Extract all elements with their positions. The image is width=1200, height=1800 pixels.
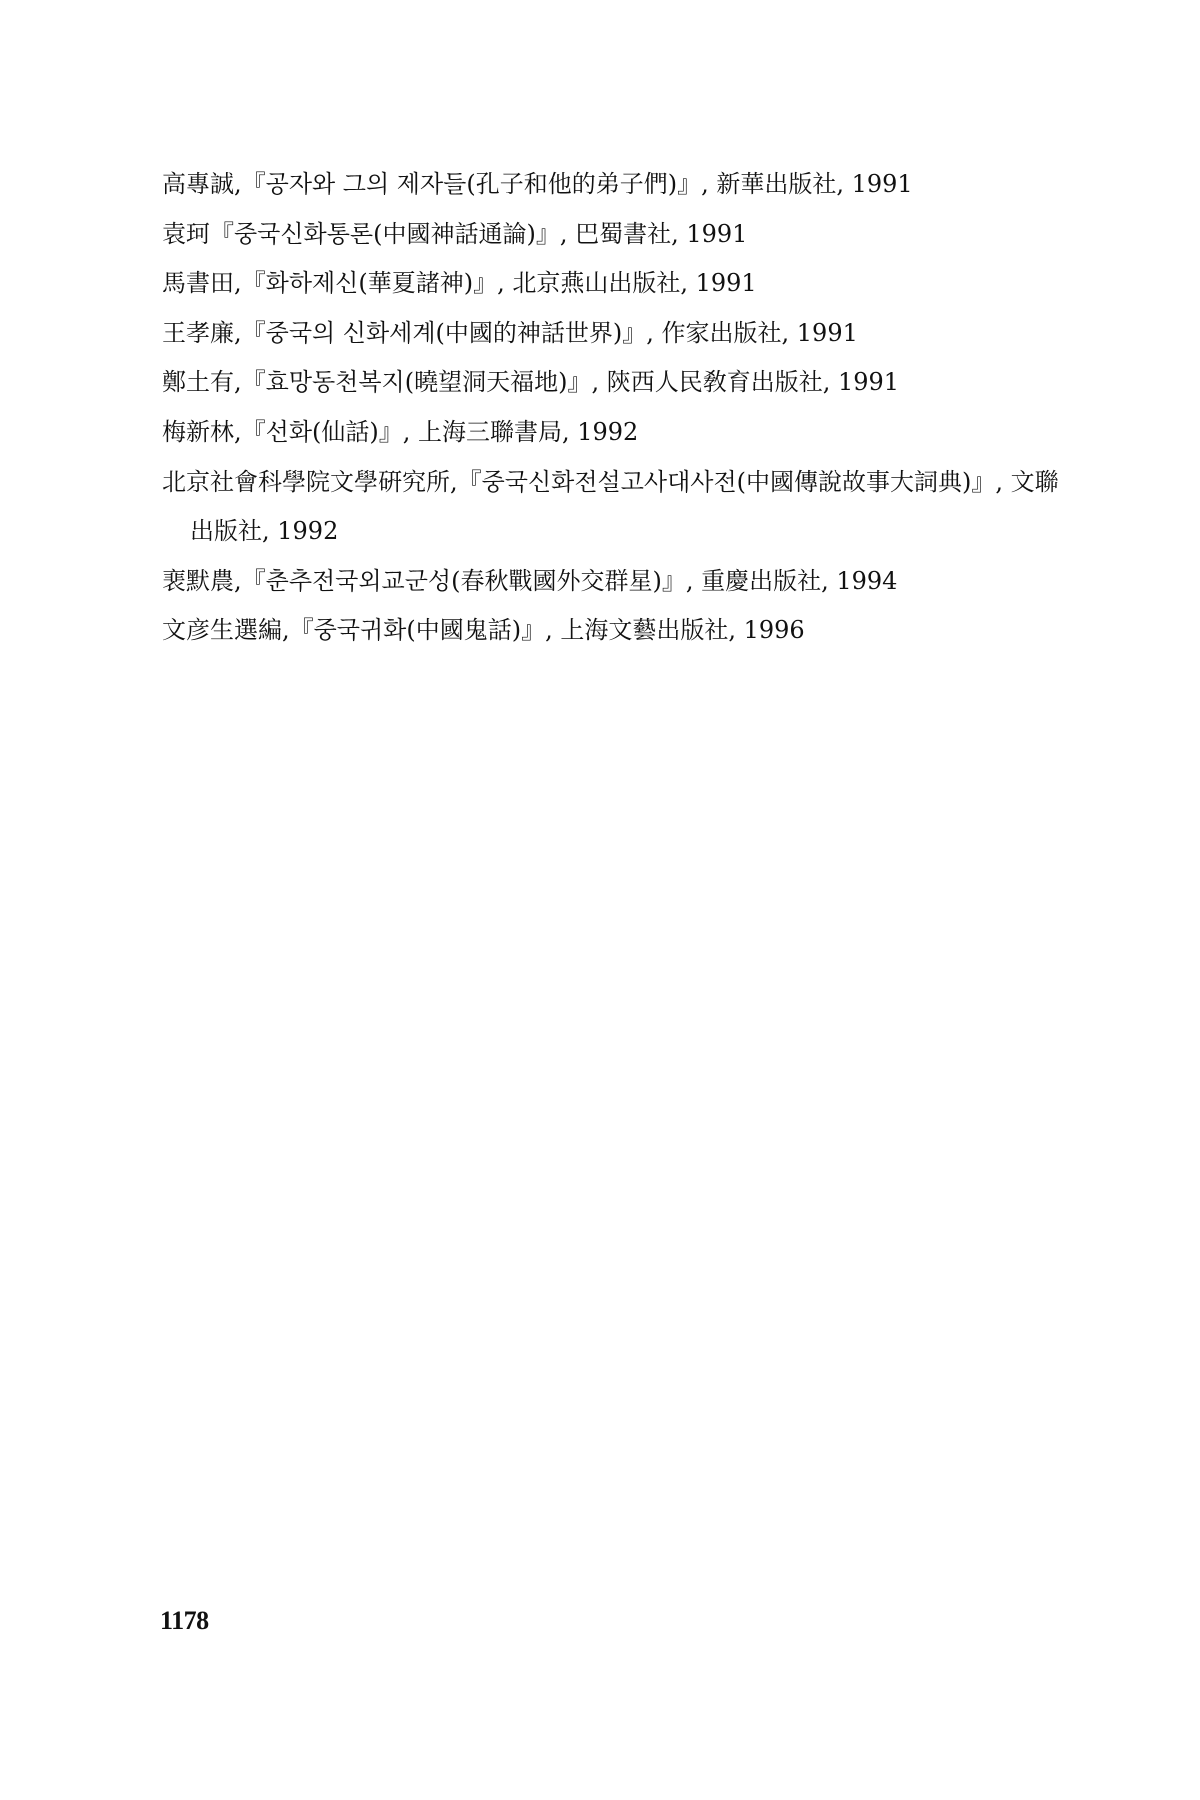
- bibliography-entry: 裵默農,『춘추전국외교군성(春秋戰國外交群星)』, 重慶出版社, 1994: [162, 557, 1062, 607]
- bibliography-entry: 鄭土有,『효망동천복지(曉望洞天福地)』, 陝西人民敎育出版社, 1991: [162, 358, 1062, 408]
- bibliography-entry: 高專誠,『공자와 그의 제자들(孔子和他的弟子們)』, 新華出版社, 1991: [162, 160, 1062, 210]
- page-number: 1178: [160, 1606, 209, 1636]
- bibliography-entry: 文彦生選編,『중국귀화(中國鬼話)』, 上海文藝出版社, 1996: [162, 606, 1062, 656]
- bibliography-list: 高專誠,『공자와 그의 제자들(孔子和他的弟子們)』, 新華出版社, 1991 …: [162, 160, 1062, 656]
- bibliography-entry: 王孝廉,『중국의 신화세계(中國的神話世界)』, 作家出版社, 1991: [162, 309, 1062, 359]
- bibliography-entry: 北京社會科學院文學硏究所,『중국신화전설고사대사전(中國傳說故事大詞典)』, 文…: [162, 458, 1062, 557]
- document-page: 高專誠,『공자와 그의 제자들(孔子和他的弟子們)』, 新華出版社, 1991 …: [0, 0, 1200, 1800]
- bibliography-entry: 袁珂『중국신화통론(中國神話通論)』, 巴蜀書社, 1991: [162, 210, 1062, 260]
- bibliography-entry: 馬書田,『화하제신(華夏諸神)』, 北京燕山出版社, 1991: [162, 259, 1062, 309]
- bibliography-entry: 梅新林,『선화(仙話)』, 上海三聯書局, 1992: [162, 408, 1062, 458]
